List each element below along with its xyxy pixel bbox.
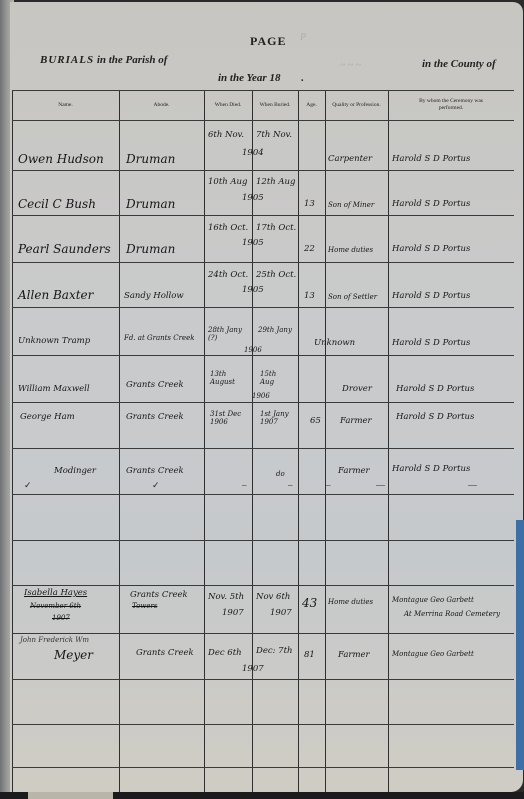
row-rule [12,215,514,216]
entry-name: Isabella Hayes [24,588,87,598]
entry-year: 1905 [242,193,264,203]
row-rule [12,633,514,634]
entry-name: Modinger [54,466,96,476]
dash-mark-icon: — [468,480,477,490]
bleed-through-text: ~ ~ ~ [340,60,361,71]
dash-mark-icon: – [288,480,293,490]
page-tab [28,792,113,799]
entry-quality: Son of Miner [328,201,374,209]
entry-buried: 25th Oct. [256,270,296,280]
dash-mark-icon: — [376,480,385,490]
entry-buried: 17th Oct. [256,223,296,233]
entry-died: Dec 6th [208,648,242,658]
entry-name: Meyer [54,648,93,662]
entry-died: 6th Nov. [208,130,244,140]
entry-abode: Grants Creek [126,380,184,390]
entry-died: 31st Dec 1906 [210,410,248,426]
row-rule [12,724,514,725]
header-age: Age. [298,90,325,120]
bottom-edge [0,792,524,799]
entry-name: Owen Hudson [18,152,104,166]
entry-name: Allen Baxter [18,288,93,302]
entry-died: 16th Oct. [208,223,248,233]
entry-quality: Farmer [338,466,370,476]
entry-buried-year: 1907 [270,608,292,618]
row-rule [12,585,514,586]
entry-name: Pearl Saunders [18,242,111,256]
entry-abode: Druman [126,242,175,256]
title-year-label: in the Year 18 [218,72,280,84]
entry-died: 10th Aug [208,177,247,187]
entry-name: George Ham [20,412,75,422]
entry-name: William Maxwell [18,384,90,394]
entry-age: 81 [304,650,315,660]
entry-name-struck: November 6th [30,602,81,610]
entry-abode: Grants Creek [126,412,184,422]
entry-year: 1905 [242,238,264,248]
entry-abode: Fd. at Grants Creek [124,334,199,342]
entry-age: 13 [304,199,315,209]
entry-ceremony: Harold S D Portus [396,384,474,394]
header-when-died: When Died. [204,90,252,120]
entry-buried: 29th Jany [258,326,296,334]
entry-buried: 12th Aug [256,177,295,187]
entry-ceremony: Harold S D Portus [392,244,470,254]
entry-name: Unknown Tramp [18,336,90,346]
row-rule [12,494,514,495]
dash-mark-icon: – [326,480,331,490]
entry-ceremony: Harold S D Portus [396,412,474,422]
column-rule [325,90,326,792]
entry-abode-struck: Towers [132,602,157,610]
entry-name-first: John Frederick Wm [20,636,89,644]
entry-year: 1904 [242,148,264,158]
check-mark-icon: ✓ [24,480,32,491]
entry-died-year: 1907 [222,608,244,618]
entry-year: 1906 [244,346,262,354]
entry-ceremony: Harold S D Portus [392,154,470,164]
entry-quality: Home duties [328,598,373,606]
column-rule [204,90,205,792]
entry-quality: Farmer [340,416,372,426]
column-rule [388,90,389,792]
check-mark-icon: ✓ [152,480,160,491]
entry-ceremony: Harold S D Portus [392,199,470,209]
entry-abode: Druman [126,197,175,211]
entry-abode: Grants Creek [136,648,194,658]
row-rule [12,170,514,171]
entry-buried: 7th Nov. [256,130,292,140]
entry-abode: Grants Creek [126,466,184,476]
entry-quality: Farmer [338,650,370,660]
entry-abode: Druman [126,152,175,166]
title-burials: BURIALS [40,54,94,66]
entry-died: 13th August [210,370,248,386]
entry-ceremony: Harold S D Portus [392,291,470,301]
entry-ceremony: Harold S D Portus [392,338,470,348]
entry-abode: Sandy Hollow [124,291,184,301]
title-parish: in the Parish of [94,54,167,66]
entry-quality: Home duties [328,246,373,254]
entry-died: 24th Oct. [208,270,248,280]
title-burials-parish: BURIALS in the Parish of [40,54,167,66]
entry-died: Nov. 5th [208,592,244,602]
entry-buried: do [276,470,285,478]
entry-quality: Unknown [314,338,355,348]
entry-ceremony-note: At Merrina Road Cemetery [404,610,500,618]
header-when-buried: When Buried. [252,90,298,120]
entry-year: 1907 [242,664,264,674]
row-rule [12,540,514,541]
row-rule [12,120,514,121]
header-abode: Abode. [119,90,204,120]
entry-buried: 1st Jany 1907 [260,410,294,426]
column-rule [298,90,299,792]
header-ceremony: By whom the Ceremony was performed. [388,90,514,120]
burial-register-table: Name. Abode. When Died. When Buried. Age… [12,90,514,792]
entry-buried: 15th Aug [260,370,290,386]
entry-ceremony: Montague Geo Garbett [392,650,474,658]
column-rule [119,90,120,792]
entry-age: 43 [302,596,317,610]
dash-mark-icon: – [242,480,247,490]
entry-buried: Nov 6th [256,592,290,602]
entry-quality: Carpenter [328,154,372,164]
entry-name-year-struck: 1907 [52,614,70,622]
entry-age: 22 [304,244,315,254]
row-rule [12,767,514,768]
entry-age: 65 [310,416,321,426]
entry-ceremony: Montague Geo Garbett [392,596,474,604]
row-rule [12,448,514,449]
entry-quality: Drover [342,384,372,394]
header-quality: Quality or Profession. [325,90,388,120]
row-rule [12,262,514,263]
title-county: in the County of [422,58,496,70]
entry-buried: Dec: 7th [256,646,292,656]
entry-died: 28th Jany (?) [208,326,252,342]
register-page: PAGE P ~ ~ ~ BURIALS in the Parish of in… [10,2,523,792]
row-rule [12,307,514,308]
row-rule [12,679,514,680]
entry-name: Cecil C Bush [18,197,96,211]
row-rule [12,355,514,356]
entry-ceremony: Harold S D Portus [392,464,470,474]
entry-quality: Son of Settler [328,293,377,301]
column-rule [12,90,13,792]
entry-year: 1905 [242,285,264,295]
background-edge [516,520,524,770]
entry-year: 1906 [252,392,270,400]
header-name: Name. [12,90,119,120]
page-label: PAGE [250,34,286,49]
bleed-through-text: P [300,32,306,43]
entry-abode: Grants Creek [130,590,188,600]
title-year-dot: . [301,72,304,84]
entry-age: 13 [304,291,315,301]
title-year: in the Year 18 . [218,72,304,84]
row-rule [12,402,514,403]
